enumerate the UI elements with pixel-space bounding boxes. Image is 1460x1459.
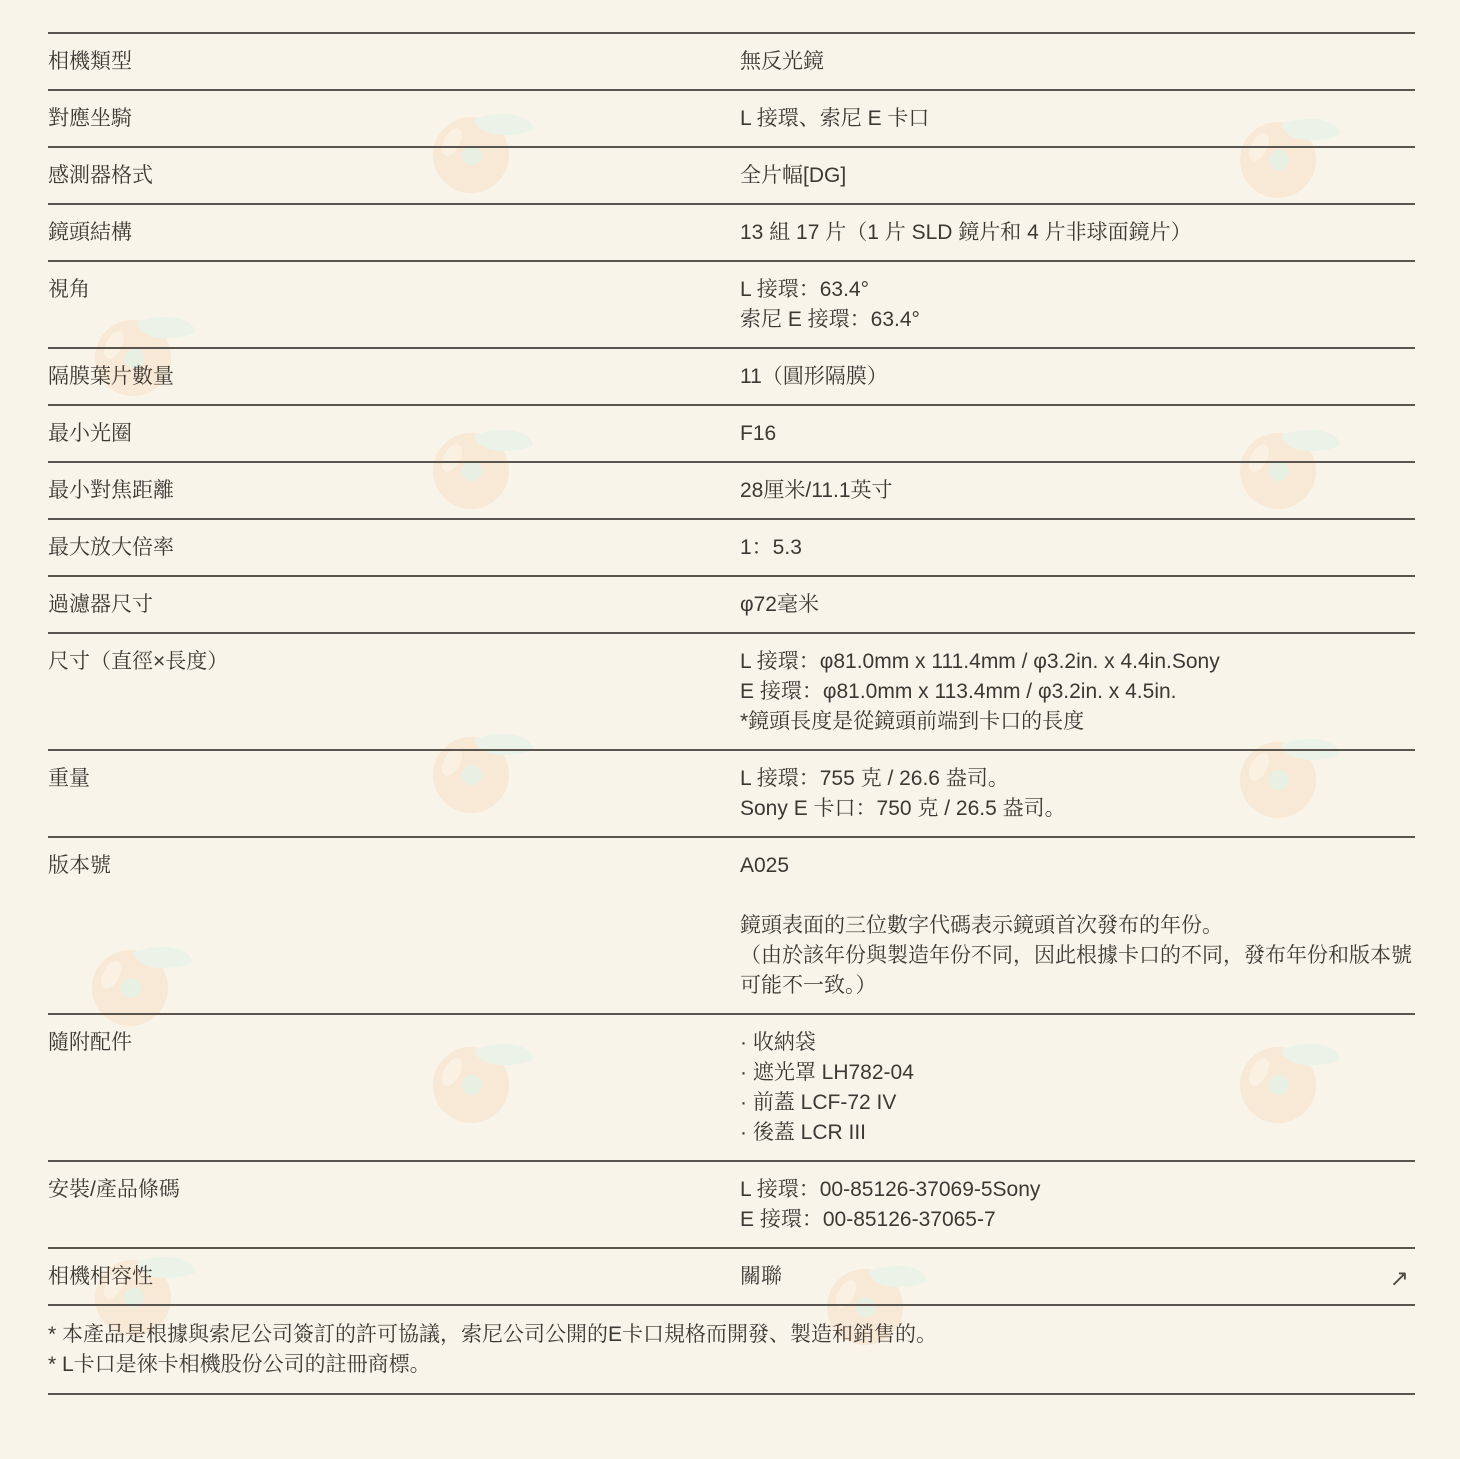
spec-value: φ72毫米 [740, 590, 1415, 620]
external-link-arrow-icon[interactable]: ↗ [1390, 1266, 1409, 1290]
spec-value-line: E 接環：00-85126-37065-7 [740, 1205, 1415, 1235]
spec-row: 安裝/產品條碼L 接環：00-85126-37069-5SonyE 接環：00-… [48, 1162, 1415, 1249]
spec-value-line: L 接環：63.4° [740, 275, 1415, 305]
spec-value-line: A025 [740, 851, 1415, 881]
spec-row: 過濾器尺寸φ72毫米 [48, 577, 1415, 634]
spec-label: 最小對焦距離 [48, 476, 740, 506]
spec-label: 最大放大倍率 [48, 533, 740, 563]
spec-label: 相機相容性 [48, 1262, 740, 1292]
footnote-sony-license: * 本產品是根據與索尼公司簽訂的許可協議，索尼公司公開的E卡口規格而開發、製造和… [48, 1320, 1415, 1350]
spec-value: 28厘米/11.1英寸 [740, 476, 1415, 506]
spec-value: L 接環、索尼 E 卡口 [740, 104, 1415, 134]
spec-label: 對應坐騎 [48, 104, 740, 134]
spec-label: 尺寸（直徑×長度） [48, 647, 740, 737]
spec-value-line: E 接環：φ81.0mm x 113.4mm / φ3.2in. x 4.5in… [740, 677, 1415, 707]
spec-row: 相機類型無反光鏡 [48, 34, 1415, 91]
spec-value: 11（圓形隔膜） [740, 362, 1415, 392]
spec-value-line: （由於該年份與製造年份不同，因此根據卡口的不同，發布年份和版本號可能不一致。） [740, 941, 1415, 1001]
spec-row: 鏡頭結構13 組 17 片（1 片 SLD 鏡片和 4 片非球面鏡片） [48, 205, 1415, 262]
spec-row: 尺寸（直徑×長度）L 接環：φ81.0mm x 111.4mm / φ3.2in… [48, 634, 1415, 751]
spec-value-line: · 後蓋 LCR III [740, 1118, 1415, 1148]
spec-value: A025鏡頭表面的三位數字代碼表示鏡頭首次發布的年份。（由於該年份與製造年份不同… [740, 851, 1415, 1001]
spec-rows-container: 相機類型無反光鏡對應坐騎L 接環、索尼 E 卡口感測器格式全片幅[DG]鏡頭結構… [48, 34, 1415, 1306]
spec-value-line: · 收納袋 [740, 1028, 1415, 1058]
spec-row: 版本號A025鏡頭表面的三位數字代碼表示鏡頭首次發布的年份。（由於該年份與製造年… [48, 838, 1415, 1015]
spec-value-line: L 接環：00-85126-37069-5Sony [740, 1175, 1415, 1205]
spec-value-line: Sony E 卡口：750 克 / 26.5 盎司。 [740, 794, 1415, 824]
spec-label: 感測器格式 [48, 161, 740, 191]
spec-table: 相機類型無反光鏡對應坐騎L 接環、索尼 E 卡口感測器格式全片幅[DG]鏡頭結構… [48, 32, 1415, 1395]
spec-value-line: 28厘米/11.1英寸 [740, 476, 1415, 506]
spec-value: L 接環：63.4°索尼 E 接環：63.4° [740, 275, 1415, 335]
spec-value: 關聯 [740, 1262, 1415, 1292]
spec-row: 最小對焦距離28厘米/11.1英寸 [48, 463, 1415, 520]
spec-value-line: L 接環：φ81.0mm x 111.4mm / φ3.2in. x 4.4in… [740, 647, 1415, 677]
spec-row: 最大放大倍率1：5.3 [48, 520, 1415, 577]
spec-value: L 接環：755 克 / 26.6 盎司。Sony E 卡口：750 克 / 2… [740, 764, 1415, 824]
spec-label: 隔膜葉片數量 [48, 362, 740, 392]
spec-label: 過濾器尺寸 [48, 590, 740, 620]
spec-value-line: 1：5.3 [740, 533, 1415, 563]
spec-value-line: 全片幅[DG] [740, 161, 1415, 191]
spec-value-line: 鏡頭表面的三位數字代碼表示鏡頭首次發布的年份。 [740, 911, 1415, 941]
spec-value-line: φ72毫米 [740, 590, 1415, 620]
spec-value-line: L 接環、索尼 E 卡口 [740, 104, 1415, 134]
spec-value-line: L 接環：755 克 / 26.6 盎司。 [740, 764, 1415, 794]
spec-value-line: 11（圓形隔膜） [740, 362, 1415, 392]
spec-value: F16 [740, 419, 1415, 449]
spec-value-line: · 遮光罩 LH782-04 [740, 1058, 1415, 1088]
spec-row: 視角L 接環：63.4°索尼 E 接環：63.4° [48, 262, 1415, 349]
spec-value: L 接環：φ81.0mm x 111.4mm / φ3.2in. x 4.4in… [740, 647, 1415, 737]
spec-label: 鏡頭結構 [48, 218, 740, 248]
spec-value-line: 13 組 17 片（1 片 SLD 鏡片和 4 片非球面鏡片） [740, 218, 1415, 248]
spec-row: 對應坐騎L 接環、索尼 E 卡口 [48, 91, 1415, 148]
spec-row: 重量L 接環：755 克 / 26.6 盎司。Sony E 卡口：750 克 /… [48, 751, 1415, 838]
spec-label: 視角 [48, 275, 740, 335]
spec-value-line [740, 881, 1415, 911]
spec-value-line: F16 [740, 419, 1415, 449]
spec-label: 隨附配件 [48, 1028, 740, 1148]
spec-row: 最小光圈F16 [48, 406, 1415, 463]
spec-value: 全片幅[DG] [740, 161, 1415, 191]
spec-row: 隔膜葉片數量11（圓形隔膜） [48, 349, 1415, 406]
spec-row: 隨附配件· 收納袋· 遮光罩 LH782-04· 前蓋 LCF-72 IV· 後… [48, 1015, 1415, 1162]
spec-row: 相機相容性關聯↗ [48, 1249, 1415, 1306]
spec-value-line: 索尼 E 接環：63.4° [740, 305, 1415, 335]
spec-value: · 收納袋· 遮光罩 LH782-04· 前蓋 LCF-72 IV· 後蓋 LC… [740, 1028, 1415, 1148]
spec-value-link[interactable]: 關聯 [740, 1262, 1415, 1292]
spec-label: 安裝/產品條碼 [48, 1175, 740, 1235]
spec-value: 無反光鏡 [740, 47, 1415, 77]
spec-value-line: 無反光鏡 [740, 47, 1415, 77]
footnotes: * 本產品是根據與索尼公司簽訂的許可協議，索尼公司公開的E卡口規格而開發、製造和… [48, 1306, 1415, 1395]
spec-label: 最小光圈 [48, 419, 740, 449]
spec-row: 感測器格式全片幅[DG] [48, 148, 1415, 205]
spec-value: 1：5.3 [740, 533, 1415, 563]
spec-value: 13 組 17 片（1 片 SLD 鏡片和 4 片非球面鏡片） [740, 218, 1415, 248]
footnote-l-mount-trademark: * L卡口是徠卡相機股份公司的註冊商標。 [48, 1350, 1415, 1380]
spec-label: 相機類型 [48, 47, 740, 77]
spec-value-line: · 前蓋 LCF-72 IV [740, 1088, 1415, 1118]
spec-value: L 接環：00-85126-37069-5SonyE 接環：00-85126-3… [740, 1175, 1415, 1235]
spec-value-line: *鏡頭長度是從鏡頭前端到卡口的長度 [740, 707, 1415, 737]
spec-label: 重量 [48, 764, 740, 824]
spec-label: 版本號 [48, 851, 740, 1001]
